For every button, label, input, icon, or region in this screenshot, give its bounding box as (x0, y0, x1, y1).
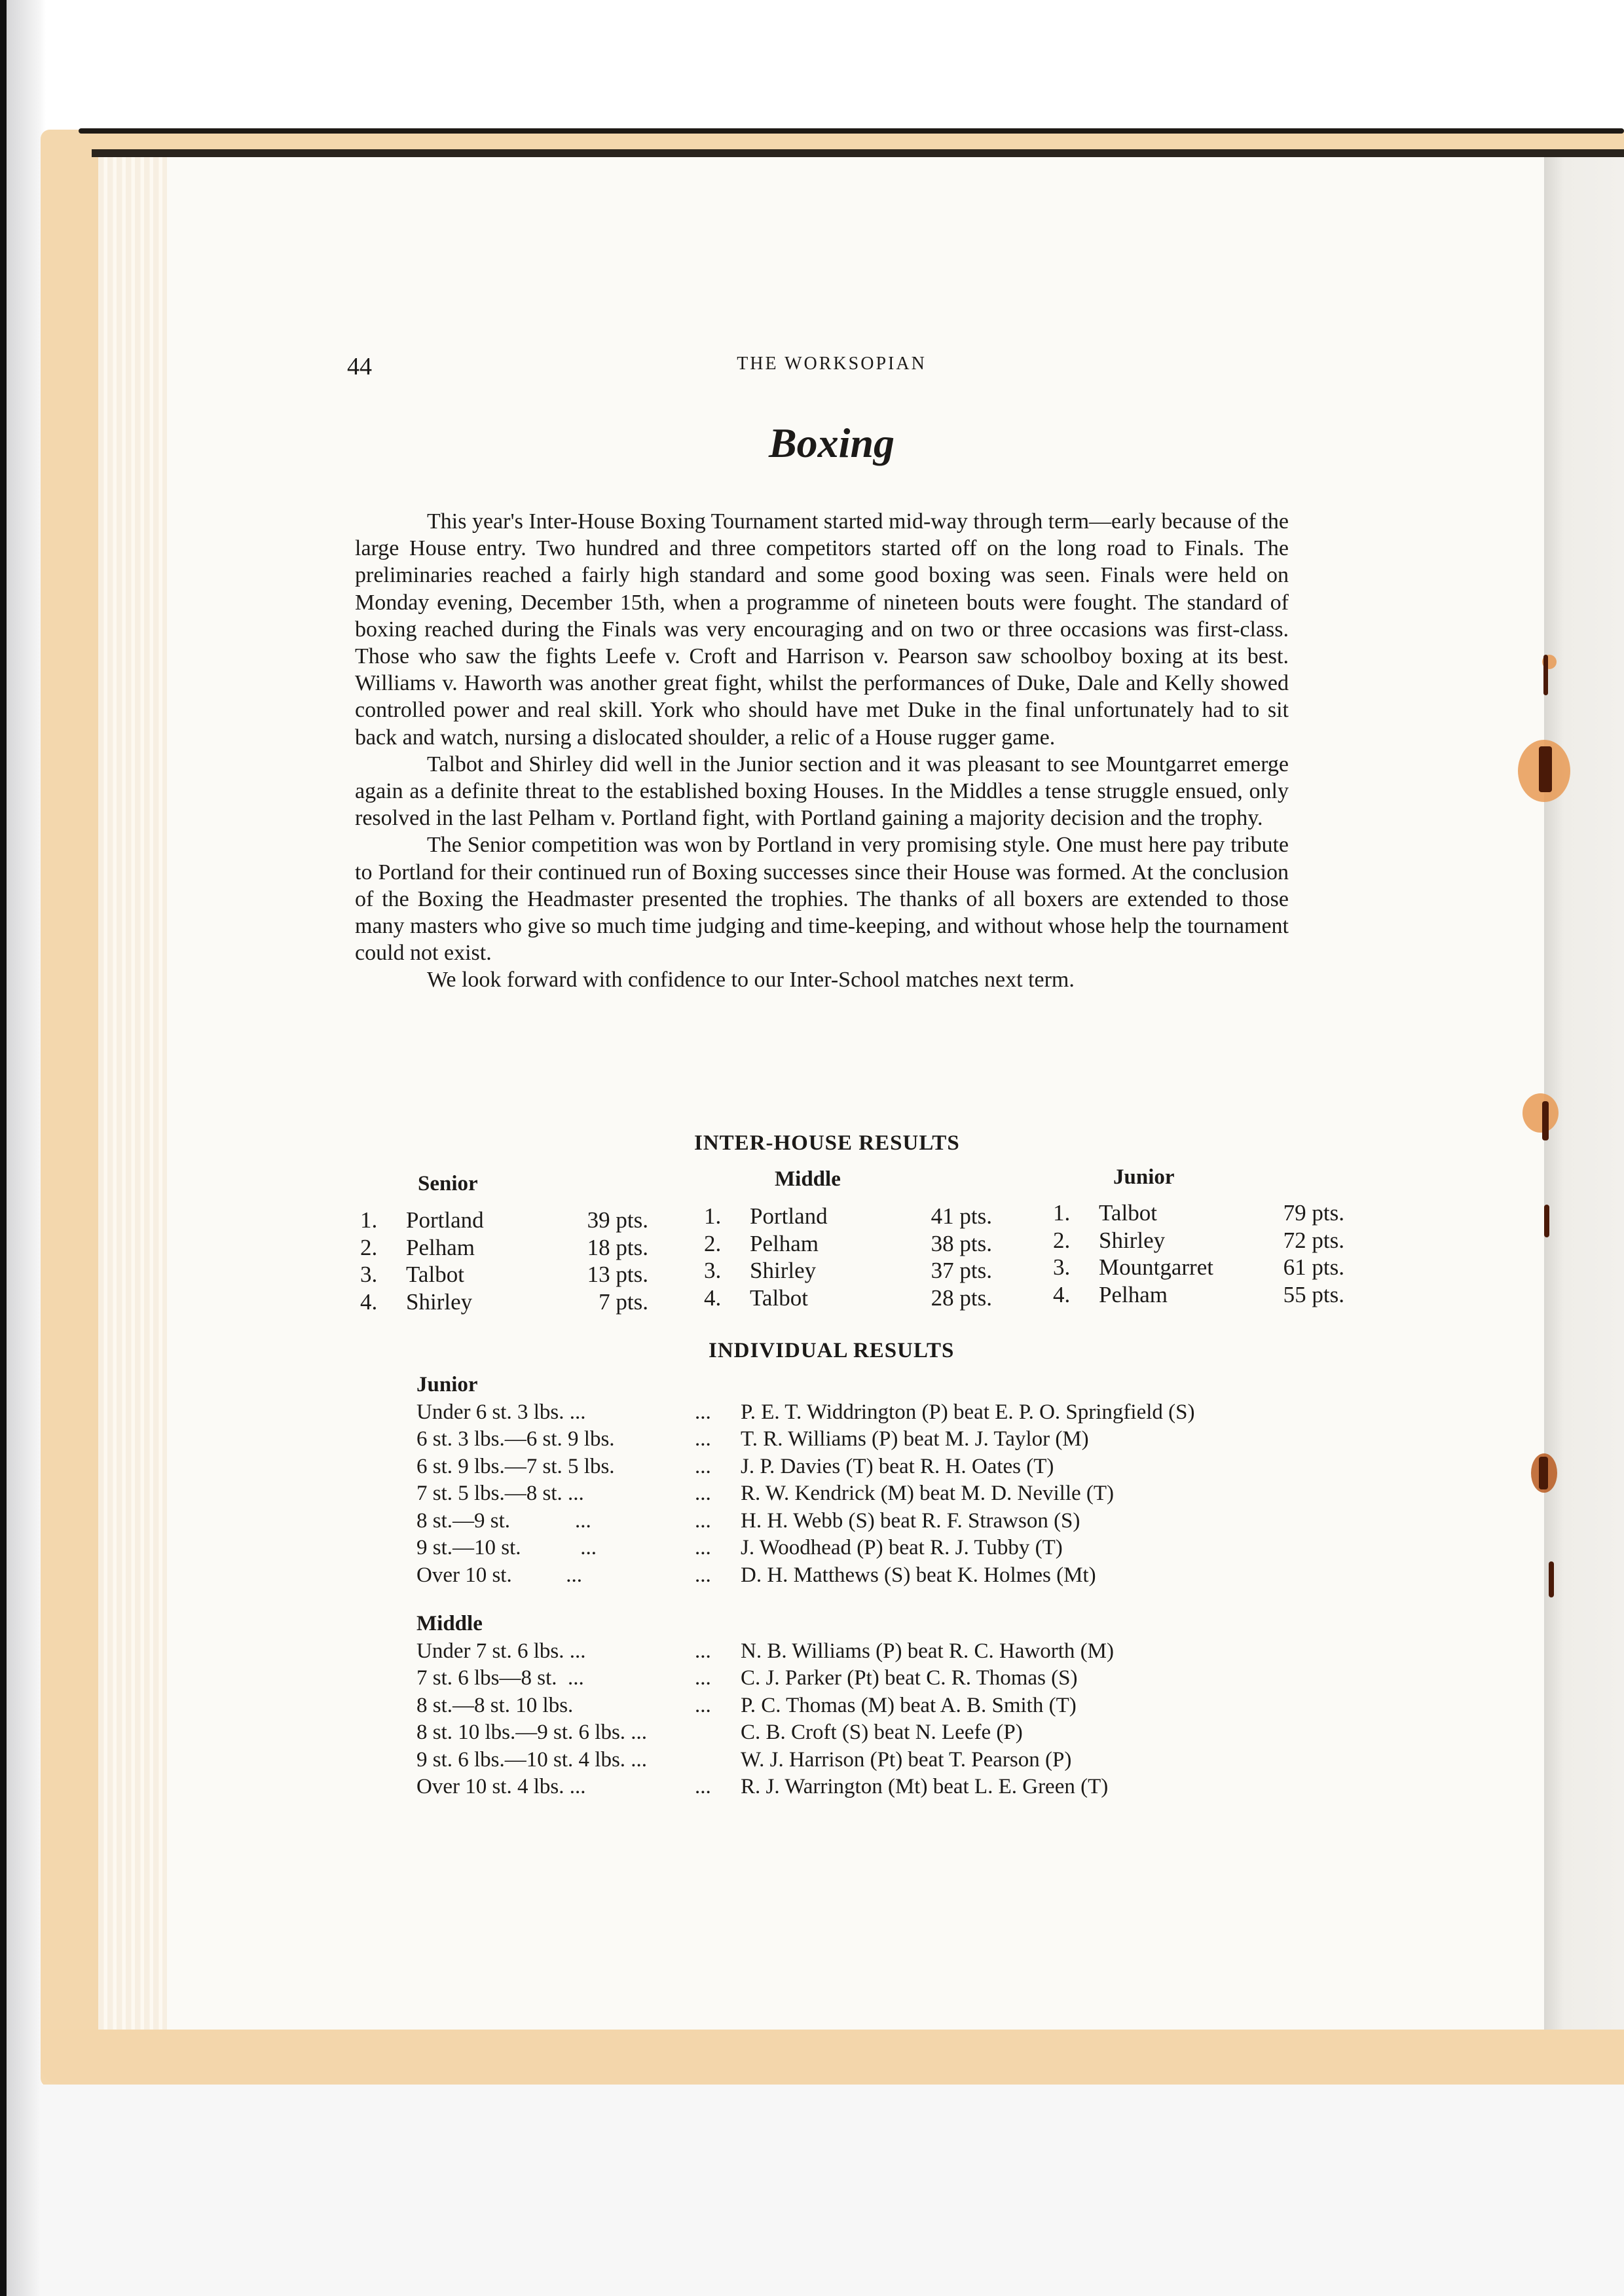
standings-middle: 1.Portland41 pts. 2.Pelham38 pts. 3.Shir… (704, 1203, 992, 1311)
standings-row: 2.Pelham18 pts. (360, 1234, 648, 1262)
facing-page-edge (1544, 157, 1624, 2030)
individual-middle: Middle Under 7 st. 6 lbs. ......N. B. Wi… (416, 1611, 1114, 1801)
paragraph: The Senior competition was won by Portla… (355, 831, 1289, 966)
scanner-shadow (7, 0, 46, 2296)
paragraph: Talbot and Shirley did well in the Junio… (355, 751, 1289, 832)
bout-row: Under 6 st. 3 lbs. ......P. E. T. Widdri… (416, 1399, 1194, 1427)
cover-inner-shadow (92, 149, 1624, 157)
standings-row: 4.Pelham55 pts. (1053, 1281, 1344, 1309)
standings-row: 3.Mountgarret61 pts. (1053, 1254, 1344, 1281)
bout-row: 7 st. 5 lbs.—8 st. ......R. W. Kendrick … (416, 1480, 1194, 1508)
page-number: 44 (347, 352, 372, 381)
group-heading-middle: Middle (775, 1167, 841, 1192)
paragraph: We look forward with confidence to our I… (355, 966, 1289, 993)
standings-row: 1.Portland39 pts. (360, 1207, 648, 1234)
standings-row: 4.Shirley7 pts. (360, 1288, 648, 1316)
individual-junior: Junior Under 6 st. 3 lbs. ......P. E. T.… (416, 1372, 1194, 1589)
cover-top-edge (79, 128, 1624, 134)
standings-row: 3.Shirley37 pts. (704, 1257, 992, 1285)
scan-bed (41, 2085, 1624, 2296)
bout-row: 7 st. 6 lbs—8 st. ......C. J. Parker (Pt… (416, 1665, 1114, 1692)
article-title: Boxing (655, 419, 1008, 467)
article-body: This year's Inter-House Boxing Tournamen… (355, 508, 1289, 994)
standings-row: 2.Shirley72 pts. (1053, 1227, 1344, 1254)
group-heading-senior: Senior (418, 1172, 478, 1196)
standings-row: 4.Talbot28 pts. (704, 1285, 992, 1312)
group-heading-middle: Middle (416, 1611, 1114, 1638)
individual-heading: INDIVIDUAL RESULTS (709, 1339, 954, 1363)
inter-house-heading: INTER-HOUSE RESULTS (694, 1131, 960, 1156)
standings-senior: 1.Portland39 pts. 2.Pelham18 pts. 3.Talb… (360, 1207, 648, 1315)
standings-row: 2.Pelham38 pts. (704, 1230, 992, 1258)
bout-row: 8 st.—8 st. 10 lbs....P. C. Thomas (M) b… (416, 1692, 1114, 1720)
scanner-edge (0, 0, 7, 2296)
bout-row: 8 st.—9 st. ......H. H. Webb (S) beat R.… (416, 1508, 1194, 1535)
paragraph: This year's Inter-House Boxing Tournamen… (355, 508, 1289, 751)
standings-row: 1.Portland41 pts. (704, 1203, 992, 1230)
bout-row: 9 st.—10 st. ......J. Woodhead (P) beat … (416, 1535, 1194, 1562)
standings-row: 3.Talbot13 pts. (360, 1261, 648, 1288)
group-heading-junior: Junior (416, 1372, 1194, 1399)
bout-row: Over 10 st. ......D. H. Matthews (S) bea… (416, 1562, 1194, 1590)
running-head: THE WORKSOPIAN (655, 354, 1008, 374)
book-cover-bottom (41, 2030, 1624, 2085)
bout-row: 8 st. 10 lbs.—9 st. 6 lbs. ...C. B. Crof… (416, 1719, 1114, 1747)
group-heading-junior: Junior (1113, 1165, 1175, 1190)
bout-row: 9 st. 6 lbs.—10 st. 4 lbs. ...W. J. Harr… (416, 1747, 1114, 1774)
standings-row: 1.Talbot79 pts. (1053, 1199, 1344, 1227)
bout-row: 6 st. 3 lbs.—6 st. 9 lbs....T. R. Willia… (416, 1426, 1194, 1453)
bout-row: Over 10 st. 4 lbs. ......R. J. Warringto… (416, 1774, 1114, 1801)
bout-row: Under 7 st. 6 lbs. ......N. B. Williams … (416, 1638, 1114, 1666)
bout-row: 6 st. 9 lbs.—7 st. 5 lbs....J. P. Davies… (416, 1453, 1194, 1481)
standings-junior: 1.Talbot79 pts. 2.Shirley72 pts. 3.Mount… (1053, 1199, 1344, 1308)
page-stack-edges (98, 157, 170, 2043)
